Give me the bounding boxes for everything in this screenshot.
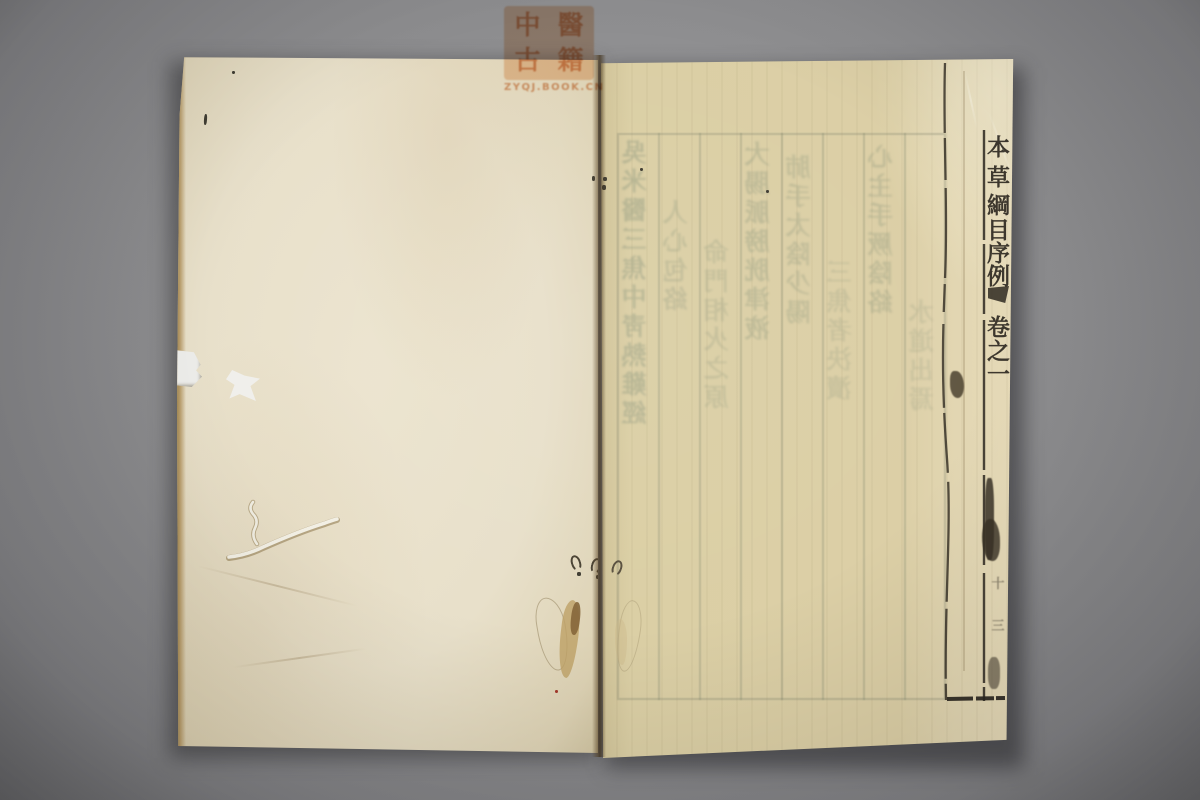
ink-speck-mark: [577, 572, 581, 576]
strip-title-char: 例: [985, 258, 1012, 291]
watermark-seal-char: 中: [514, 13, 540, 39]
worm-trail-mark: [221, 478, 341, 570]
strip-lower-mark: 十: [986, 573, 1010, 592]
ink-speck-mark: [640, 168, 643, 171]
torn-patch-mark: [226, 370, 260, 401]
ink-blotch-mark: [988, 657, 1000, 689]
watermark-seal-char: 古: [514, 48, 540, 74]
ink-blotch-mark: [982, 519, 1000, 561]
left-page: [177, 53, 598, 753]
printed-border-lines: [601, 59, 1014, 758]
paper-crease-line: [197, 565, 357, 606]
edge-tear-mark: [175, 350, 202, 387]
worm-stain-mark: [615, 619, 627, 665]
wormhole-mark: [569, 554, 583, 572]
watermark-seal-char: 醫: [557, 13, 583, 39]
photo-stage: 吳米醫三焦中靑熱難經 人心包絡 命門相火之原 大腸脈膀胱津液 肺手太陰少陽 三焦…: [0, 0, 1200, 800]
strip-volume-char: 一: [985, 356, 1012, 389]
watermark-seal: 中 醫 古 籍: [504, 6, 594, 80]
watermark-caption: zyqj.book.cn: [504, 82, 596, 93]
gutter-shadow: [592, 55, 606, 757]
red-speck-mark: [555, 690, 558, 693]
watermark-seal-char: 籍: [557, 48, 583, 74]
strip-title-char: 本: [985, 129, 1012, 162]
watermark: 中 醫 古 籍 zyqj.book.cn: [504, 6, 596, 100]
ink-speck-mark: [766, 190, 769, 193]
right-page: 吳米醫三焦中靑熱難經 人心包絡 命門相火之原 大腸脈膀胱津液 肺手太陰少陽 三焦…: [601, 59, 1014, 758]
ink-blotch-mark: [950, 371, 964, 398]
ink-speck-mark: [232, 71, 235, 74]
strip-lower-mark: 三: [986, 615, 1010, 634]
ink-speck-mark: [204, 114, 208, 125]
paper-crease-line: [233, 648, 367, 668]
